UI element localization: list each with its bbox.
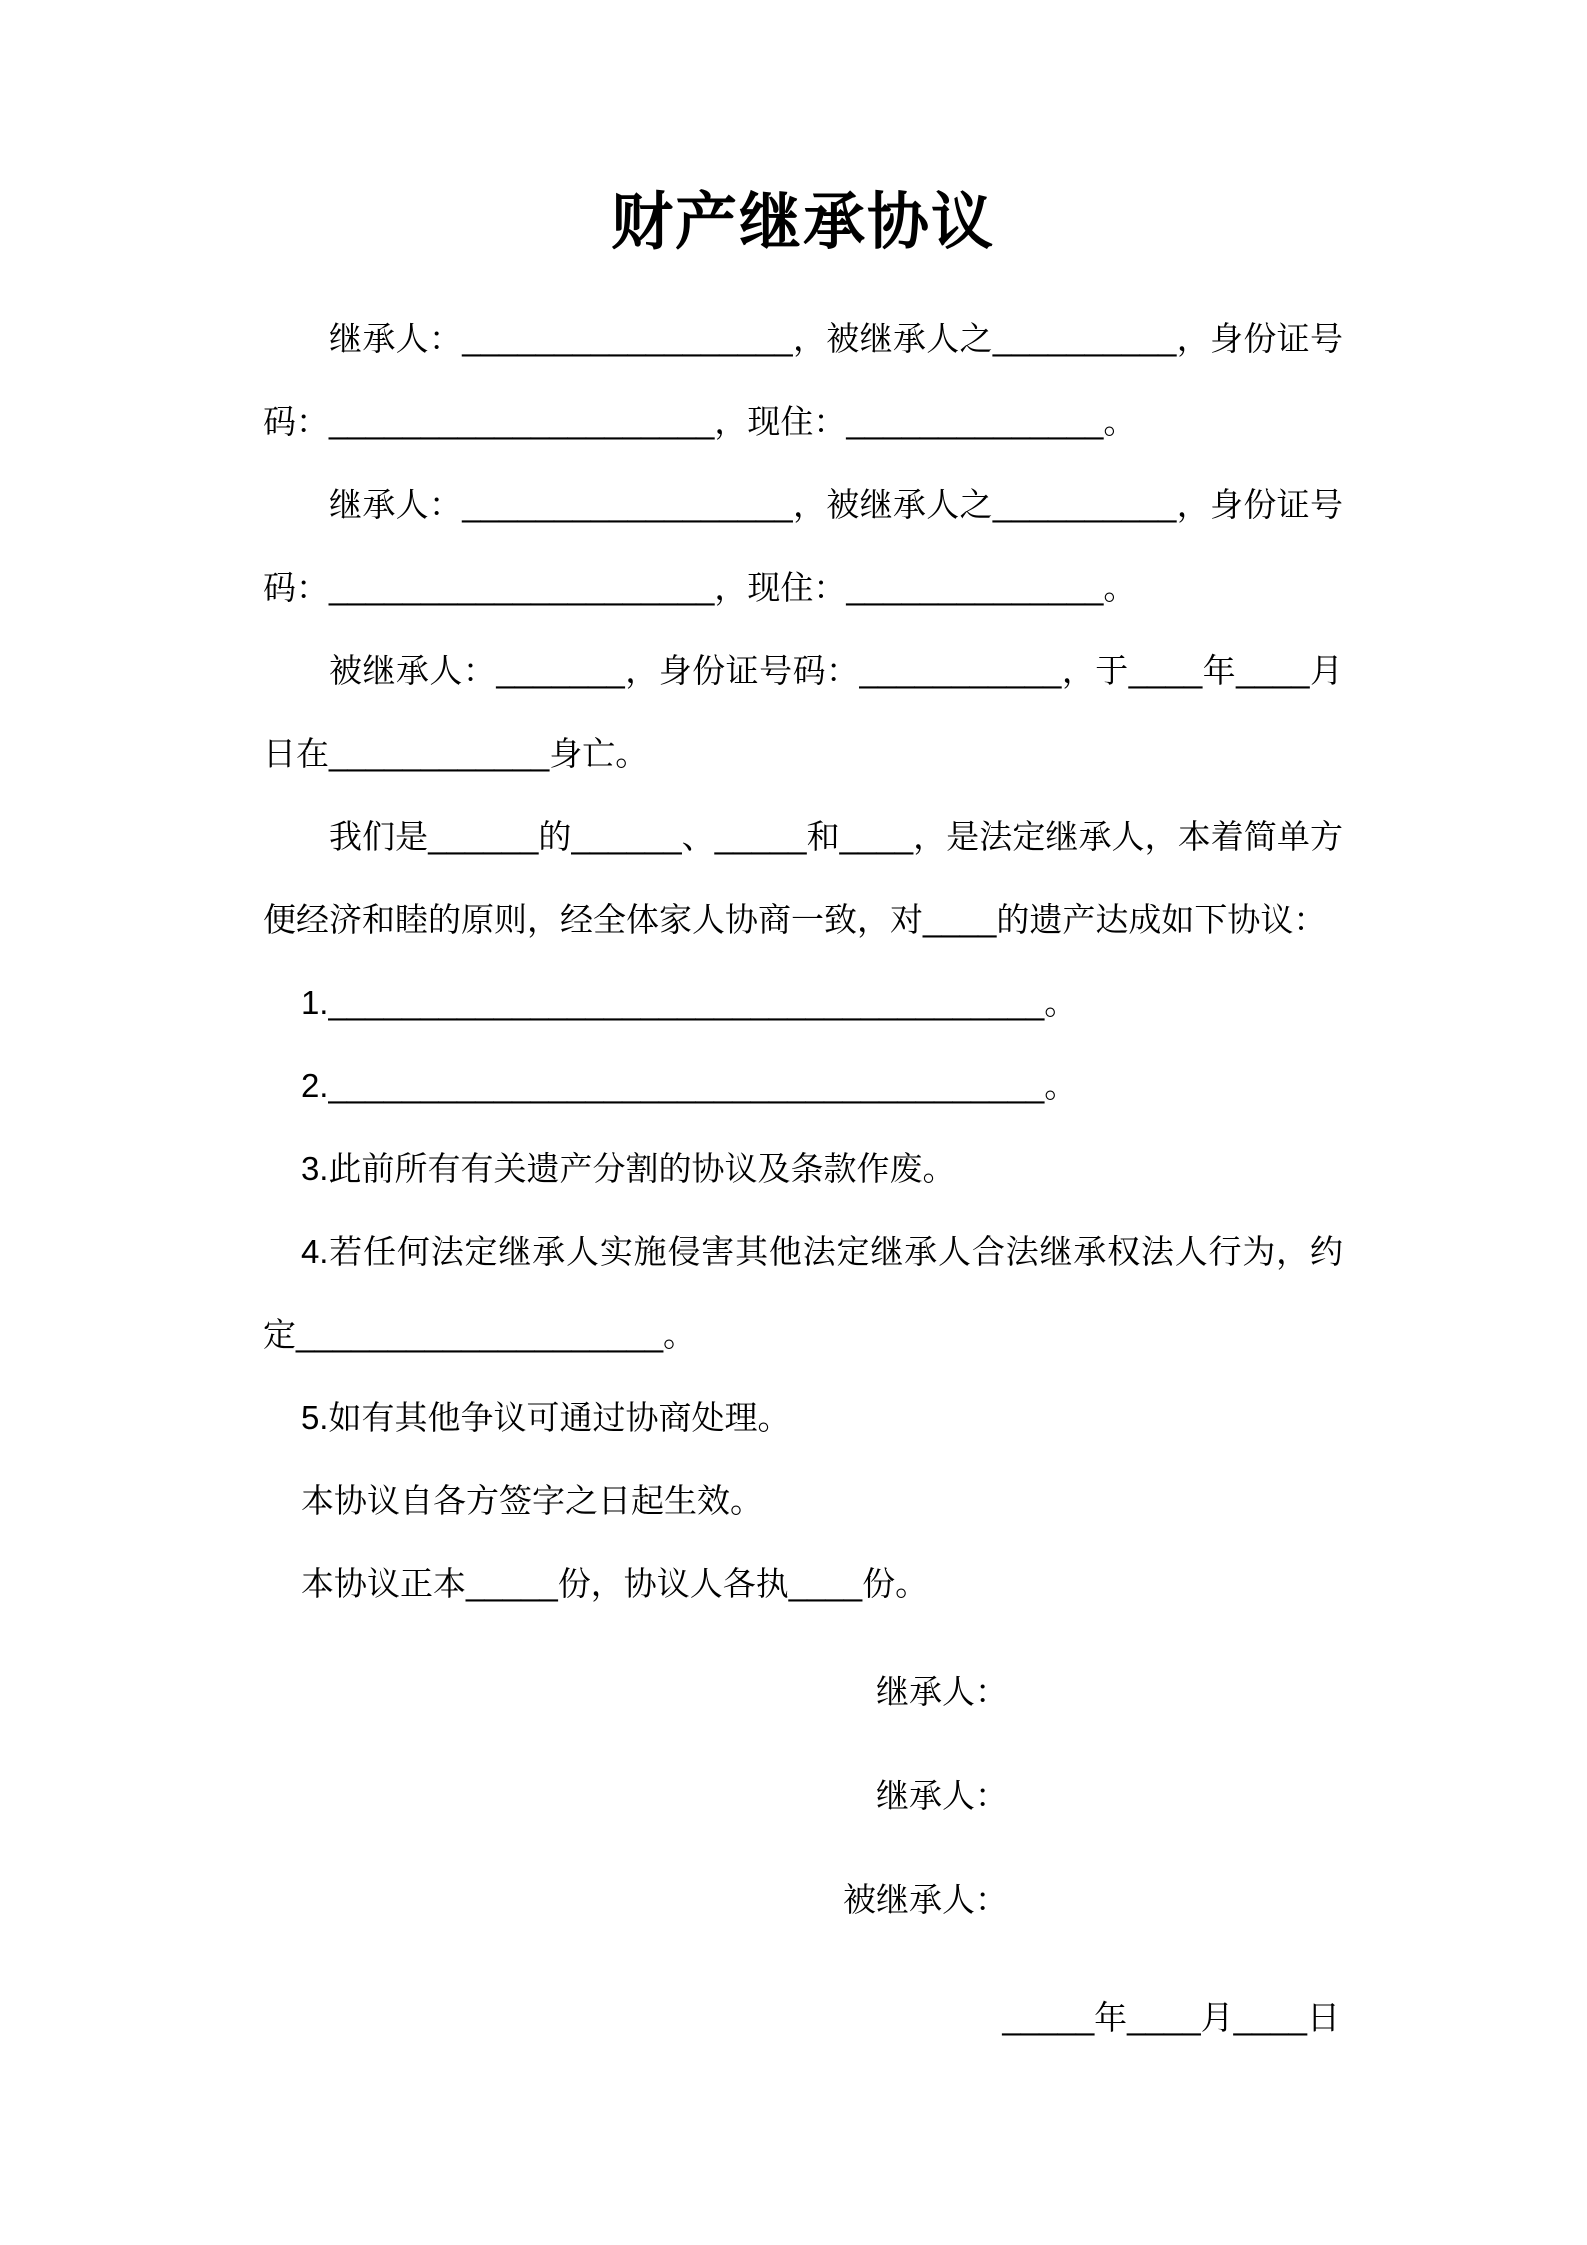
paragraph-decedent: 被继承人：_______，身份证号码：___________，于____年___… [263, 629, 1343, 795]
date-line: _____年____月____日 [263, 1976, 1343, 2059]
paragraph-preamble: 我们是______的______、_____和____，是法定继承人，本着简单方… [263, 795, 1343, 961]
clause-2: 2.______________________________________… [263, 1044, 1343, 1127]
paragraph-effective-date: 本协议自各方签字之日起生效。 [263, 1459, 1343, 1542]
paragraph-copies: 本协议正本_____份，协议人各执____份。 [263, 1542, 1343, 1625]
signature-decedent: 被继承人： [263, 1848, 1343, 1952]
clause-5: 5.如有其他争议可通过协商处理。 [263, 1376, 1343, 1459]
clause-4: 4.若任何法定继承人实施侵害其他法定继承人合法继承权法人行为，约定_______… [263, 1210, 1343, 1376]
signature-heir-1: 继承人： [263, 1640, 1343, 1744]
document-title: 财产继承协议 [263, 186, 1343, 260]
signature-heir-2: 继承人： [263, 1744, 1343, 1848]
signature-block: 继承人： 继承人： 被继承人： [263, 1640, 1343, 1952]
clause-1: 1.______________________________________… [263, 961, 1343, 1044]
clause-3: 3.此前所有有关遗产分割的协议及条款作废。 [263, 1127, 1343, 1210]
document-body: 继承人：__________________，被继承人之__________，身… [263, 297, 1343, 1625]
document-page: 财产继承协议 继承人：__________________，被继承人之_____… [0, 0, 1587, 2245]
paragraph-heir-2: 继承人：__________________，被继承人之__________，身… [263, 463, 1343, 629]
paragraph-heir-1: 继承人：__________________，被继承人之__________，身… [263, 297, 1343, 463]
